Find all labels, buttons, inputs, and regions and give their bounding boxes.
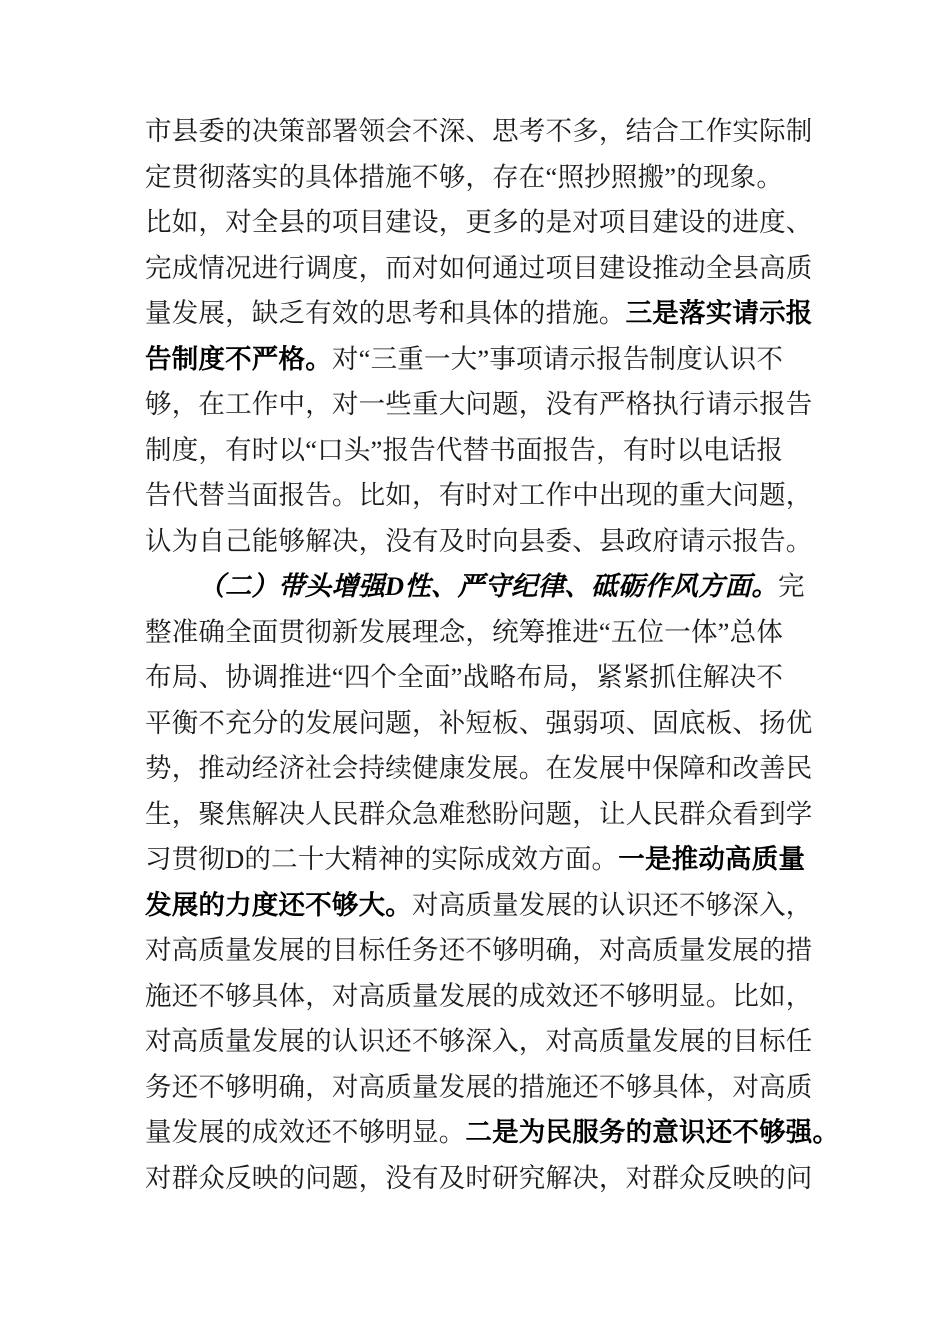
document-page: 市县委的决策部署领会不深、思考不多，结合工作实际制定贯彻落实的具体措施不够，存在… (0, 0, 950, 1344)
text-run: 对群众反映的问题，没有及时研究解决，对群众反映的问 (145, 1163, 813, 1193)
text-run: 量发展的成效还不够明显。 (145, 1117, 465, 1147)
text-line: 习贯彻D的二十大精神的实际成效方面。一是推动高质量 (145, 837, 817, 883)
document-text-block: 市县委的决策部署领会不深、思考不多，结合工作实际制定贯彻落实的具体措施不够，存在… (145, 109, 817, 1201)
text-run: 够，在工作中，对一些重大问题，没有严格执行请示报告 (145, 389, 813, 419)
text-line: 够，在工作中，对一些重大问题，没有严格执行请示报告 (145, 382, 817, 428)
text-line: 认为自己能够解决，没有及时向县委、县政府请示报告。 (145, 519, 817, 565)
text-run: 势，推动经济社会持续健康发展。在发展中保障和改善民 (145, 753, 813, 783)
text-line: 势，推动经济社会持续健康发展。在发展中保障和改善民 (145, 746, 817, 792)
text-line: （二）带头增强D性、严守纪律、砥砺作风方面。完 (145, 564, 817, 610)
text-run: 生，聚焦解决人民群众急难愁盼问题，让人民群众看到学 (145, 799, 813, 829)
text-run: 完成情况进行调度，而对如何通过项目建设推动全县高质 (145, 253, 813, 283)
text-run: 习贯彻D的二十大精神的实际成效方面。 (145, 844, 618, 874)
bold-text-run: 告制度不严格。 (145, 344, 332, 374)
text-line: 完成情况进行调度，而对如何通过项目建设推动全县高质 (145, 246, 817, 292)
text-line: 比如，对全县的项目建设，更多的是对项目建设的进度、 (145, 200, 817, 246)
text-run: 对高质量发展的认识还不够深入， (412, 890, 813, 920)
text-run: 对高质量发展的认识还不够深入，对高质量发展的目标任 (145, 1026, 813, 1056)
text-line: 制度，有时以“口头”报告代替书面报告，有时以电话报 (145, 428, 817, 474)
text-run: 量发展，缺乏有效的思考和具体的措施。 (145, 298, 626, 328)
text-line: 量发展的成效还不够明显。二是为民服务的意识还不够强。 (145, 1110, 817, 1156)
text-run: 对“三重一大”事项请示报告制度认识不 (332, 344, 783, 374)
bold-text-run: 发展的力度还不够大。 (145, 890, 412, 920)
text-run: 市县委的决策部署领会不深、思考不多，结合工作实际制 (145, 116, 813, 146)
bold-text-run: 一是推动高质量 (618, 844, 805, 874)
text-run: 告代替当面报告。比如，有时对工作中出现的重大问题， (145, 480, 813, 510)
text-line: 生，聚焦解决人民群众急难愁盼问题，让人民群众看到学 (145, 792, 817, 838)
text-run: 定贯彻落实的具体措施不够，存在“照抄照搬”的现象。 (145, 162, 783, 192)
text-line: 施还不够具体，对高质量发展的成效还不够明显。比如， (145, 974, 817, 1020)
text-line: 整准确全面贯彻新发展理念，统筹推进“五位一体”总体 (145, 610, 817, 656)
text-line: 量发展，缺乏有效的思考和具体的措施。三是落实请示报 (145, 291, 817, 337)
text-run: 完 (778, 571, 805, 601)
text-run: 整准确全面贯彻新发展理念，统筹推进“五位一体”总体 (145, 617, 783, 647)
section-heading-run: （二）带头增强D性、严守纪律、砥砺作风方面。 (198, 571, 778, 601)
text-line: 告代替当面报告。比如，有时对工作中出现的重大问题， (145, 473, 817, 519)
text-run: 对高质量发展的目标任务还不够明确，对高质量发展的措 (145, 935, 813, 965)
text-line: 平衡不充分的发展问题，补短板、强弱项、固底板、扬优 (145, 701, 817, 747)
text-line: 定贯彻落实的具体措施不够，存在“照抄照搬”的现象。 (145, 155, 817, 201)
text-run: 制度，有时以“口头”报告代替书面报告，有时以电话报 (145, 435, 783, 465)
text-line: 布局、协调推进“四个全面”战略布局，紧紧抓住解决不 (145, 655, 817, 701)
text-line: 发展的力度还不够大。对高质量发展的认识还不够深入， (145, 883, 817, 929)
text-run: 布局、协调推进“四个全面”战略布局，紧紧抓住解决不 (145, 662, 783, 692)
bold-text-run: 二是为民服务的意识还不够强。 (465, 1117, 839, 1147)
text-line: 务还不够明确，对高质量发展的措施还不够具体，对高质 (145, 1065, 817, 1111)
text-line: 对高质量发展的目标任务还不够明确，对高质量发展的措 (145, 928, 817, 974)
text-line: 对群众反映的问题，没有及时研究解决，对群众反映的问 (145, 1156, 817, 1202)
text-line: 市县委的决策部署领会不深、思考不多，结合工作实际制 (145, 109, 817, 155)
text-run: 比如，对全县的项目建设，更多的是对项目建设的进度、 (145, 207, 813, 237)
text-line: 告制度不严格。对“三重一大”事项请示报告制度认识不 (145, 337, 817, 383)
text-line: 对高质量发展的认识还不够深入，对高质量发展的目标任 (145, 1019, 817, 1065)
text-run: 施还不够具体，对高质量发展的成效还不够明显。比如， (145, 981, 813, 1011)
text-run: 务还不够明确，对高质量发展的措施还不够具体，对高质 (145, 1072, 813, 1102)
text-run: 认为自己能够解决，没有及时向县委、县政府请示报告。 (145, 526, 813, 556)
text-run: 平衡不充分的发展问题，补短板、强弱项、固底板、扬优 (145, 708, 813, 738)
bold-text-run: 三是落实请示报 (626, 298, 813, 328)
